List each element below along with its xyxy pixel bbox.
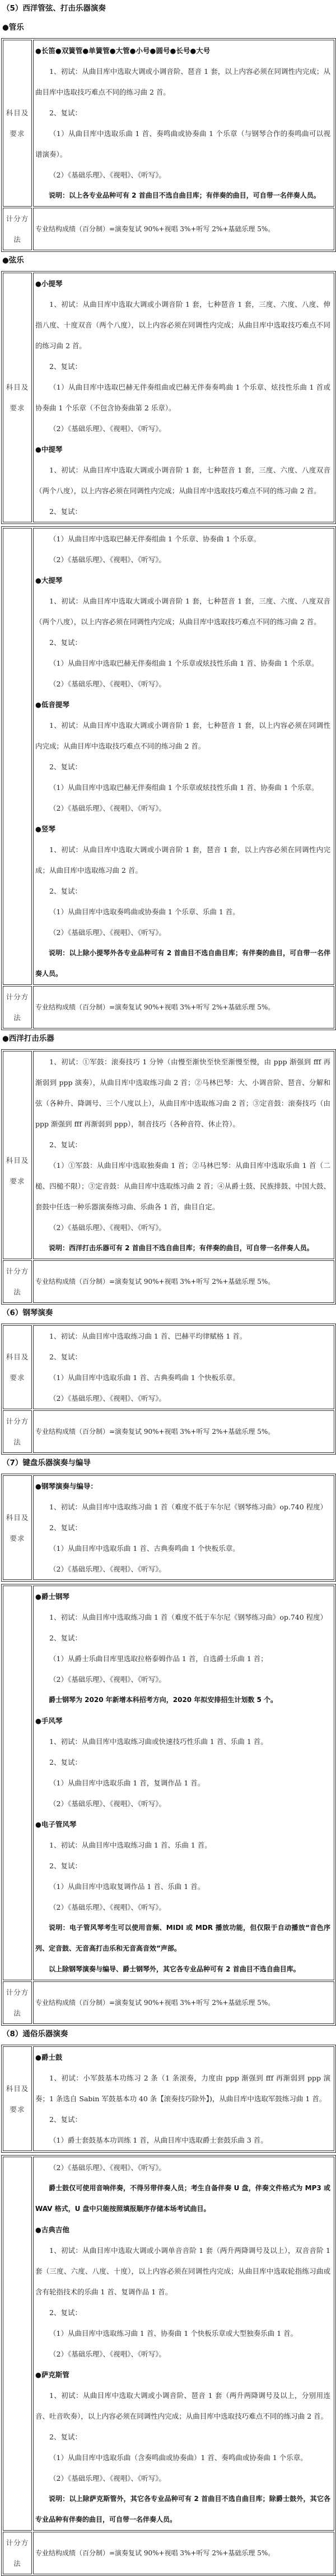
accordion-line: 2、复试：: [35, 1752, 330, 1773]
viola-line: 1、初试：从曲目库中选取大调或小调音阶 1 套，七种琶音 1 套，三度、六度、八…: [35, 460, 330, 501]
saxophone-line: 2、复试：: [35, 2427, 330, 2447]
keyboard-requirements-content: ●爵士钢琴 1、初试：从曲目库中选取练习曲 1 首（难度不低于车尔尼《钢琴练习曲…: [33, 1586, 334, 1980]
jazz-drum-note: 爵士鼓仅可使用音响伴奏，不得另带伴奏人员；考生自备伴奏 U 盘，伴奏文件格式为 …: [35, 2178, 330, 2219]
requirements-label-empty: [3, 1586, 32, 1980]
cello-line: （1）从曲目库中选取巴赫无伴奏组曲 1 个乐章或炫技性乐曲 1 首、协奏曲 1 …: [35, 653, 330, 674]
popular-requirements-table-part2: （2）《基础乐理》、《视唱》、《听写》。 爵士鼓仅可使用音响伴奏，不得另带伴奏人…: [1, 2155, 336, 2576]
scoring-label: 计分方法: [3, 2532, 32, 2574]
keyboard-requirements-table-part1: 科目及要求 ●钢琴演奏与编导： 1、初试：从曲目库中选取练习曲 1 首（难度不低…: [1, 1474, 336, 1582]
instrument-classical-guitar-heading: ●古典吉他: [35, 2219, 330, 2240]
subsection-heading-brass: ●管乐: [1, 19, 335, 38]
requirements-label: 科目及要求: [3, 1325, 32, 1409]
percussion-requirements-content: 1、初试：①军鼓：滚奏技巧 1 分钟（由慢至渐快至快至渐慢至慢，由 ppp 渐强…: [33, 1051, 334, 1259]
viola-line: （2）《基础乐理》、《视唱》、《听写》。: [35, 549, 330, 570]
requirements-label-text: 科目及要求: [6, 2084, 29, 2114]
electronic-organ-note: 说明：电子管风琴考生可以使用音频、MIDI 或 MDR 播放功能，但仅限于自动播…: [35, 1918, 330, 1959]
scoring-label-text: 计分方法: [6, 214, 29, 244]
accordion-line: （1）从曲目库中选取乐曲 1 首，复调作品 1 首。: [35, 1773, 330, 1793]
instrument-violin-heading: ●小提琴: [35, 273, 330, 294]
electronic-organ-line: （2）《基础乐理》、《视唱》、《听写》。: [35, 1897, 330, 1918]
viola-line: （1）从曲目库中选取巴赫无伴奏组曲 1 个乐章、协奏曲 1 个乐章。: [35, 529, 330, 549]
brass-scoring-formula: 专业结构成绩（百分制）=演奏复试 90%+视唱 3%+听写 2%+基础乐理 5%…: [33, 208, 334, 250]
requirements-label: 科目及要求: [3, 40, 32, 207]
requirements-label: 科目及要求: [3, 1051, 32, 1259]
percussion-line: 2、复试：: [35, 1134, 330, 1155]
requirements-label-empty: [3, 528, 32, 985]
piano-requirements-content: 1、初试：从曲目库中选取练习曲 1 首、巴赫平均律赋格 1 首。 2、复试： （…: [33, 1325, 334, 1409]
percussion-line: （2）《基础乐理》、《视唱》、《听写》。: [35, 1217, 330, 1238]
jazz-drum-line: （1）爵士套鼓基本功训练 1 首，从曲目库中选取爵士套鼓乐曲 3 首。: [35, 2130, 330, 2150]
requirements-label: 科目及要求: [3, 273, 32, 522]
brass-requirements-table: 科目及要求 ●长笛●双簧管●单簧管●大管●小号●圆号●长号●大号 1、初试：从曲…: [1, 38, 336, 252]
keyboard-note: 以上除钢琴演奏与编导、爵士钢琴外，其它各专业品种可有 2 首曲目不选自曲目库。: [35, 1959, 330, 1980]
instrument-accordion-heading: ●手风琴: [35, 1710, 330, 1731]
requirements-label-empty: [3, 2157, 32, 2531]
double-bass-line: （2）《基础乐理》、《视唱》、《听写》。: [35, 798, 330, 819]
brass-line: 2、复试：: [35, 102, 330, 123]
requirements-label-text: 科目及要求: [6, 383, 29, 412]
brass-line: （1）从曲目库中选取乐曲 1 首、奏鸣曲或协奏曲 1 个乐章（与钢琴合作的奏鸣曲…: [35, 123, 330, 165]
harp-line: 2、复试：: [35, 881, 330, 901]
brass-note: 说明：以上各专业品种可有 2 首曲目不选自曲目库；有伴奏的曲目，可自带一名伴奏人…: [35, 185, 330, 206]
scoring-label-text: 计分方法: [6, 1988, 29, 2017]
scoring-label-text: 计分方法: [6, 1267, 29, 1296]
jazz-piano-note: 爵士钢琴为 2020 年新增本科招考方向，2020 年拟安排招生计划数 5 个。: [35, 1690, 330, 1710]
classical-guitar-line: （1）从曲目库中选取练习曲 1 首、协奏曲 1 个快板乐章或大型独奏乐曲 1 首…: [35, 2323, 330, 2344]
instrument-jazz-drum-heading: ●爵士鼓: [35, 2047, 330, 2068]
popular-requirements-table-part1: 科目及要求 ●爵士鼓 1、初试：小军鼓基本功练习 2 条（1 条滚奏，力度由 p…: [1, 2045, 336, 2153]
piano-line: 1、初试：从曲目库中选取练习曲 1 首、巴赫平均律赋格 1 首。: [35, 1326, 330, 1347]
instrument-viola-heading: ●中提琴: [35, 439, 330, 460]
brass-requirements-content: ●长笛●双簧管●单簧管●大管●小号●圆号●长号●大号 1、初试：从曲目库中选取大…: [33, 40, 334, 207]
jazz-piano-line: 2、复试：: [35, 1628, 330, 1648]
jazz-piano-line: （2）《基础乐理》、《视唱》、《听写》。: [35, 1669, 330, 1690]
strings-requirements-content-continued: （1）从曲目库中选取巴赫无伴奏组曲 1 个乐章、协奏曲 1 个乐章。 （2）《基…: [33, 528, 334, 985]
strings-requirements-table-part1: 科目及要求 ●小提琴 1、初试：从曲目库中选取大调或小调音阶 1 套，七种琶音 …: [1, 271, 336, 524]
strings-note: 说明：以上除小提琴外各专业品种可有 2 首曲目不选自曲目库；有伴奏的曲目，可自带…: [35, 943, 330, 984]
scoring-label: 计分方法: [3, 208, 32, 250]
violin-line: 2、复试：: [35, 356, 330, 377]
saxophone-line: （1）从曲目库中选取乐曲（含奏鸣曲或协奏曲）1 首、奏鸣曲或协奏曲 1 个乐章。: [35, 2447, 330, 2468]
electronic-organ-line: 2、复试：: [35, 1855, 330, 1876]
scoring-label: 计分方法: [3, 1260, 32, 1303]
jazz-drum-line: 1、初试：小军鼓基本功练习 2 条（1 条滚奏，力度由 ppp 渐强到 fff …: [35, 2068, 330, 2109]
strings-requirements-table-part2: （1）从曲目库中选取巴赫无伴奏组曲 1 个乐章、协奏曲 1 个乐章。 （2）《基…: [1, 526, 336, 1030]
instrument-saxophone-heading: ●萨克斯管: [35, 2364, 330, 2385]
brass-line: （2）《基础乐理》、《视唱》、《听写》。: [35, 165, 330, 185]
piano-direction-line: 1、初试：从曲目库中选取练习曲 1 首（难度不低于车尔尼《钢琴练习曲》op.74…: [35, 1497, 330, 1517]
keyboard-scoring-formula: 专业结构成绩（百分制）=演奏复试 90%+视唱 3%+听写 2%+基础乐理 5%…: [33, 1981, 334, 2024]
jazz-drum-line: （2）《基础乐理》、《视唱》、《听写》。: [35, 2157, 330, 2178]
scoring-label-text: 计分方法: [6, 993, 29, 1022]
cello-line: （2）《基础乐理》、《视唱》、《听写》。: [35, 674, 330, 694]
instrument-double-bass-heading: ●低音提琴: [35, 694, 330, 715]
strings-requirements-content: ●小提琴 1、初试：从曲目库中选取大调或小调音阶 1 套，七种琶音 1 套，三度…: [33, 273, 334, 522]
jazz-drum-content: ●爵士鼓 1、初试：小军鼓基本功练习 2 条（1 条滚奏，力度由 ppp 渐强到…: [33, 2046, 334, 2151]
piano-scoring-formula: 专业结构成绩（百分制）=演奏复试 90%+视唱 3%+听写 2%+基础乐理 5%…: [33, 1410, 334, 1453]
strings-scoring-formula: 专业结构成绩（百分制）=演奏复试 90%+视唱 3%+听写 2%+基础乐理 5%…: [33, 986, 334, 1028]
requirements-label-text: 科目及要求: [6, 109, 29, 138]
section-heading-keyboard: （7）键盘乐器演奏与编导: [1, 1455, 335, 1474]
classical-guitar-line: （2）《基础乐理》、《视唱》、《听写》。: [35, 2344, 330, 2364]
jazz-piano-line: （1）从爵士乐曲目库里选取拉格泰姆作品 1 首，自选爵士乐曲 1 首；: [35, 1648, 330, 1669]
percussion-line: （1）①军鼓：从曲目库中选取独奏曲 1 首；②马林巴琴：从曲目库中选取乐曲 1 …: [35, 1155, 330, 1217]
violin-line: 1、初试：从曲目库中选取大调或小调音阶 1 套，七种琶音 1 套，三度、六度、八…: [35, 294, 330, 356]
electronic-organ-line: 1、初试：从曲目库中选取练习曲 1 首、乐曲 1 首。: [35, 1835, 330, 1855]
requirements-label: 科目及要求: [3, 1475, 32, 1580]
piano-direction-line: 2、复试：: [35, 1517, 330, 1538]
accordion-line: （2）《基础乐理》、《视唱》、《听写》。: [35, 1793, 330, 1814]
saxophone-line: （2）《基础乐理》、《视唱》、《听写》。: [35, 2468, 330, 2489]
violin-line: （2）《基础乐理》、《视唱》、《听写》。: [35, 418, 330, 439]
cello-line: 1、初试：从曲目库中选取大调或小调音阶 1 套，七种琶音 1 套，三度、六度、八…: [35, 591, 330, 632]
section-heading-western-orchestral: （5）西洋管弦、打击乐器演奏: [1, 0, 335, 19]
instrument-jazz-piano-heading: ●爵士钢琴: [35, 1586, 330, 1607]
jazz-drum-line: 2、复试：: [35, 2109, 330, 2130]
brass-line: 1、初试：从曲目库中选取大调或小调音阶、琶音 1 套，以上内容必须在同调性内完成…: [35, 61, 330, 102]
piano-direction-line: （1）从曲目库中选取乐曲 1 首、古典奏鸣曲 1 个快板乐章。: [35, 1538, 330, 1559]
section-heading-popular: （8）通俗乐器演奏: [1, 2026, 335, 2045]
popular-requirements-content: （2）《基础乐理》、《视唱》、《听写》。 爵士鼓仅可使用音响伴奏，不得另带伴奏人…: [33, 2157, 334, 2531]
cello-line: 2、复试：: [35, 632, 330, 653]
percussion-requirements-table: 科目及要求 1、初试：①军鼓：滚奏技巧 1 分钟（由慢至渐快至快至渐慢至慢，由 …: [1, 1049, 336, 1305]
instrument-electronic-organ-heading: ●电子管风琴: [35, 1814, 330, 1835]
requirements-label-text: 科目及要求: [6, 1513, 29, 1542]
subsection-heading-strings: ●弦乐: [1, 252, 335, 271]
piano-line: （2）《基础乐理》、《视唱》、《听写》。: [35, 1388, 330, 1409]
scoring-label: 计分方法: [3, 1981, 32, 2024]
harp-line: 1、初试：从曲目库中选取大调或小调音阶 1 套，琶音 1 套，以上内容必须在同调…: [35, 839, 330, 881]
piano-direction-line: （2）《基础乐理》、《视唱》、《听写》。: [35, 1559, 330, 1579]
scoring-label: 计分方法: [3, 1410, 32, 1453]
piano-line: 2、复试：: [35, 1347, 330, 1367]
requirements-label: 科目及要求: [3, 2046, 32, 2151]
harp-line: （2）《基础乐理》、《视唱》、《听写》。: [35, 922, 330, 943]
viola-line: 2、复试：: [35, 501, 330, 522]
scoring-label: 计分方法: [3, 986, 32, 1028]
piano-requirements-table: 科目及要求 1、初试：从曲目库中选取练习曲 1 首、巴赫平均律赋格 1 首。 2…: [1, 1324, 336, 1455]
accordion-line: 1、初试：从曲目库中选取练习曲或快速技巧性乐曲 1 首、乐曲 1 首。: [35, 1731, 330, 1752]
classical-guitar-line: 1、初试：从曲目库中选取大调或小调单音音阶 1 套（两升两降调号及以上），双音音…: [35, 2240, 330, 2302]
popular-scoring-formula: 专业结构成绩（百分制）=演奏复试 90%+视唱 3%+听写 2%+基础乐理 5%…: [33, 2532, 334, 2574]
keyboard-requirements-table-part2: ●爵士钢琴 1、初试：从曲目库中选取练习曲 1 首（难度不低于车尔尼《钢琴练习曲…: [1, 1584, 336, 2026]
instrument-harp-heading: ●竖琴: [35, 819, 330, 839]
classical-guitar-line: 2、复试：: [35, 2302, 330, 2323]
scoring-label-text: 计分方法: [6, 1417, 29, 1446]
double-bass-line: （1）从曲目库中选取巴赫无伴奏组曲 1 个乐章或炫技性乐曲 1 首、协奏曲 1 …: [35, 777, 330, 798]
scoring-label-text: 计分方法: [6, 2538, 29, 2568]
double-bass-line: 2、复试：: [35, 756, 330, 777]
violin-line: （1）从曲目库中选取巴赫无伴奏组曲或巴赫无伴奏奏鸣曲 1 个乐章、炫技性乐曲 1…: [35, 377, 330, 418]
instrument-cello-heading: ●大提琴: [35, 570, 330, 591]
saxophone-line: 1、初试：从曲目库中选取大调或小调音阶、琶音 1 套（两升两降调号及以上，分别用…: [35, 2385, 330, 2427]
popular-note: 说明：以上除萨克斯管外，其它各专业品种可有 2 首曲目不选自曲目库；除爵士鼓外，…: [35, 2489, 330, 2530]
electronic-organ-line: （1）从曲目库中选取复调作品 1 首、乐曲 1 首。: [35, 1876, 330, 1897]
brass-instrument-list: ●长笛●双簧管●单簧管●大管●小号●圆号●长号●大号: [35, 40, 330, 61]
requirements-label-text: 科目及要求: [6, 1156, 29, 1185]
instrument-piano-direction-heading: ●钢琴演奏与编导：: [35, 1476, 330, 1497]
double-bass-line: 1、初试：从曲目库中选取大调或小调音阶 1 套，七种琶音 1 套，以上内容必须在…: [35, 715, 330, 756]
percussion-line: 1、初试：①军鼓：滚奏技巧 1 分钟（由慢至渐快至快至渐慢至慢，由 ppp 渐强…: [35, 1051, 330, 1134]
piano-direction-content: ●钢琴演奏与编导： 1、初试：从曲目库中选取练习曲 1 首（难度不低于车尔尼《钢…: [33, 1475, 334, 1580]
requirements-label-text: 科目及要求: [6, 1353, 29, 1382]
percussion-note: 说明：西洋打击乐器可有 2 首曲目不选自曲目库；有伴奏的曲目，可自带一名伴奏人员…: [35, 1238, 330, 1259]
percussion-scoring-formula: 专业结构成绩（百分制）=演奏复试 90%+视唱 3%+听写 2%+基础乐理 5%…: [33, 1260, 334, 1303]
subsection-heading-percussion: ●西洋打击乐器: [1, 1030, 335, 1049]
harp-line: （1）从曲目库中选取奏鸣曲或协奏曲 1 个乐章、乐曲 1 首。: [35, 901, 330, 922]
jazz-piano-line: 1、初试：从曲目库中选取练习曲 1 首（难度不低于车尔尼《钢琴练习曲》op.74…: [35, 1607, 330, 1628]
piano-line: （1）从曲目库中选取乐曲 1 首、古典奏鸣曲 1 个快板乐章。: [35, 1367, 330, 1388]
document-page: （5）西洋管弦、打击乐器演奏 ●管乐 科目及要求 ●长笛●双簧管●单簧管●大管●…: [0, 0, 336, 2576]
section-heading-piano: （6）钢琴演奏: [1, 1305, 335, 1324]
